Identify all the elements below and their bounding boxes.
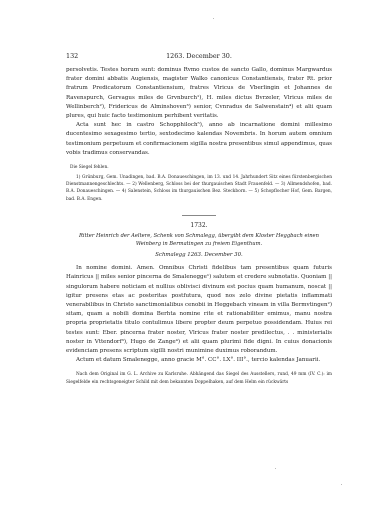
running-title: 1263. December 30. xyxy=(66,52,332,60)
scan-speck xyxy=(213,18,214,19)
paragraph-acta: Acta sunt hec in castro Schopphiloch⁵), … xyxy=(66,121,332,158)
seal-note: Die Siegel fehlen. xyxy=(70,165,332,170)
document-regest: Ritter Heinrich der Aeltere, Schenk von … xyxy=(66,232,332,248)
section-divider xyxy=(182,215,216,216)
page-header: 132 1263. December 30. xyxy=(66,52,332,64)
place-date: Schmalegg 1263. December 30. xyxy=(66,252,332,258)
document-number: 1732. xyxy=(66,222,332,229)
scan-speck xyxy=(275,468,276,469)
paragraph-charter: In nomine domini. Amen. Omnibus Christi … xyxy=(66,264,332,356)
previous-document-text: persolvetis. Testes horum sunt: dominus … xyxy=(66,66,332,158)
document-page: 132 1263. December 30. persolvetis. Test… xyxy=(66,52,332,390)
document-text: In nomine domini. Amen. Omnibus Christi … xyxy=(66,264,332,365)
source-note: Nach dem Original im G. L. Archive zu Ka… xyxy=(66,371,332,385)
paragraph-actum: Actum et datum Smalenegge, anno gracie M… xyxy=(66,356,332,365)
paragraph-witnesses: persolvetis. Testes horum sunt: dominus … xyxy=(66,66,332,121)
scan-speck xyxy=(341,484,342,485)
footnotes: 1) Grünburg, Gem. Unadingen, bad. B.A. D… xyxy=(66,174,332,203)
